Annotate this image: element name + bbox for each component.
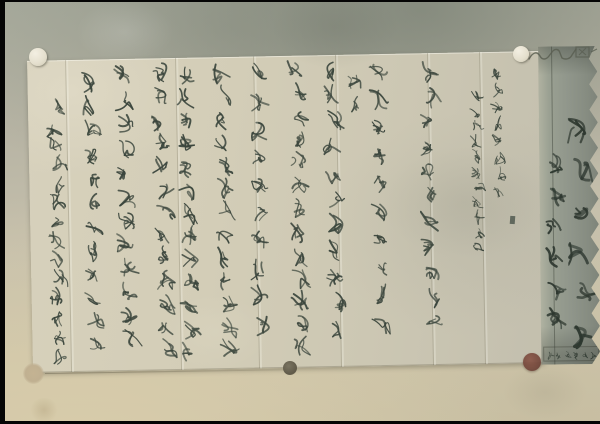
text-column — [543, 152, 575, 364]
calligraphy-columns — [27, 51, 539, 61]
text-column — [286, 59, 322, 384]
pencil-annotation-icon — [526, 43, 600, 67]
glyph-strokes — [286, 59, 322, 385]
seal-dot-icon — [523, 353, 541, 371]
glyph-strokes — [113, 64, 149, 379]
text-column — [211, 62, 247, 387]
small-glyph-strokes — [544, 349, 598, 363]
text-column — [417, 59, 453, 360]
glyph-strokes — [321, 57, 357, 370]
pin-hole-top-left-icon — [29, 48, 47, 66]
letter-sheet — [27, 51, 545, 373]
envelope-strip — [538, 46, 600, 365]
pin-mark-bottom-left-icon — [23, 363, 44, 384]
glyph-strokes — [489, 64, 515, 218]
text-column — [246, 60, 282, 366]
glyph-strokes — [417, 59, 453, 361]
paper-stain — [29, 398, 59, 422]
text-column — [321, 57, 357, 369]
glyph-strokes — [150, 62, 186, 388]
text-column — [45, 97, 78, 386]
glyph-strokes — [79, 72, 114, 384]
envelope-small-text — [543, 346, 599, 362]
text-column — [150, 62, 186, 387]
glyph-strokes — [468, 89, 495, 272]
glyph-strokes — [211, 62, 247, 388]
text-column — [79, 72, 113, 384]
glyph-strokes — [543, 152, 575, 364]
text-column — [113, 64, 149, 378]
text-column — [468, 89, 494, 272]
tiny-ink-mark — [510, 216, 516, 224]
glyph-strokes — [366, 59, 402, 366]
glyph-strokes — [246, 60, 282, 367]
pin-hole-top-right-icon — [513, 46, 529, 62]
pin-bottom-middle-icon — [283, 361, 297, 375]
photograph — [5, 2, 600, 421]
text-column — [366, 59, 402, 365]
text-column — [489, 64, 514, 218]
glyph-strokes — [45, 97, 78, 385]
photo-frame — [0, 0, 600, 424]
